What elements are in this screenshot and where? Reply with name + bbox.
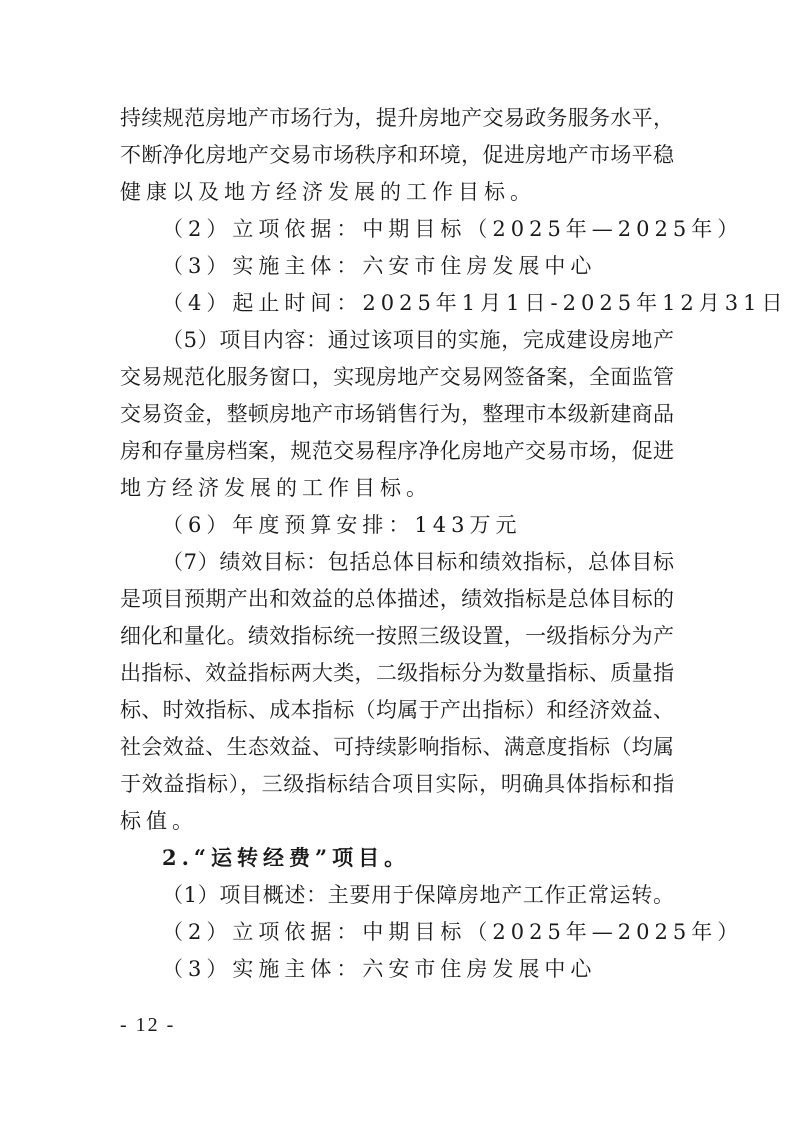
item-implementing-body: （3）实施主体：六安市住房发展中心 [162, 251, 674, 281]
paragraph-line: 地方经济发展的工作目标。 [120, 473, 674, 503]
paragraph-line: 健康以及地方经济发展的工作目标。 [120, 177, 674, 207]
item-project-overview: （1）项目概述：主要用于保障房地产工作正常运转。 [162, 880, 674, 910]
paragraph-line: 标、时效指标、成本指标（均属于产出指标）和经济效益、 [120, 695, 674, 725]
item-performance-goals: （7）绩效目标：包括总体目标和绩效指标，总体目标 [162, 547, 674, 577]
item-project-content: （5）项目内容：通过该项目的实施，完成建设房地产 [162, 325, 674, 355]
paragraph-line: 交易规范化服务窗口，实现房地产交易网签备案，全面监管 [120, 362, 674, 392]
paragraph-line: 不断净化房地产交易市场秩序和环境，促进房地产市场平稳 [120, 140, 674, 170]
paragraph-line: 出指标、效益指标两大类，二级指标分为数量指标、质量指 [120, 658, 674, 688]
paragraph-line: 持续规范房地产市场行为，提升房地产交易政务服务水平， [120, 103, 674, 133]
item-start-end-time: （4）起止时间：2025年1月1日-2025年12月31日 [162, 288, 674, 318]
item-establishment-basis: （2）立项依据：中期目标（2025年—2025年） [162, 917, 674, 947]
paragraph-line: 社会效益、生态效益、可持续影响指标、满意度指标（均属 [120, 732, 674, 762]
page-number: - 12 - [120, 1014, 175, 1037]
document-page: 持续规范房地产市场行为，提升房地产交易政务服务水平， 不断净化房地产交易市场秩序… [0, 0, 793, 1122]
paragraph-line: 房和存量房档案，规范交易程序净化房地产交易市场，促进 [120, 436, 674, 466]
paragraph-line: 交易资金，整顿房地产市场销售行为，整理市本级新建商品 [120, 399, 674, 429]
paragraph-line: 细化和量化。绩效指标统一按照三级设置，一级指标分为产 [120, 621, 674, 651]
paragraph-line: 是项目预期产出和效益的总体描述，绩效指标是总体目标的 [120, 584, 674, 614]
item-annual-budget: （6）年度预算安排：143万元 [162, 510, 674, 540]
paragraph-line: 标值。 [120, 806, 674, 836]
item-implementing-body: （3）实施主体：六安市住房发展中心 [162, 954, 674, 984]
paragraph-line: 于效益指标），三级指标结合项目实际，明确具体指标和指 [120, 769, 674, 799]
section-heading: 2.“运转经费”项目。 [162, 843, 674, 873]
item-establishment-basis: （2）立项依据：中期目标（2025年—2025年） [162, 214, 674, 244]
